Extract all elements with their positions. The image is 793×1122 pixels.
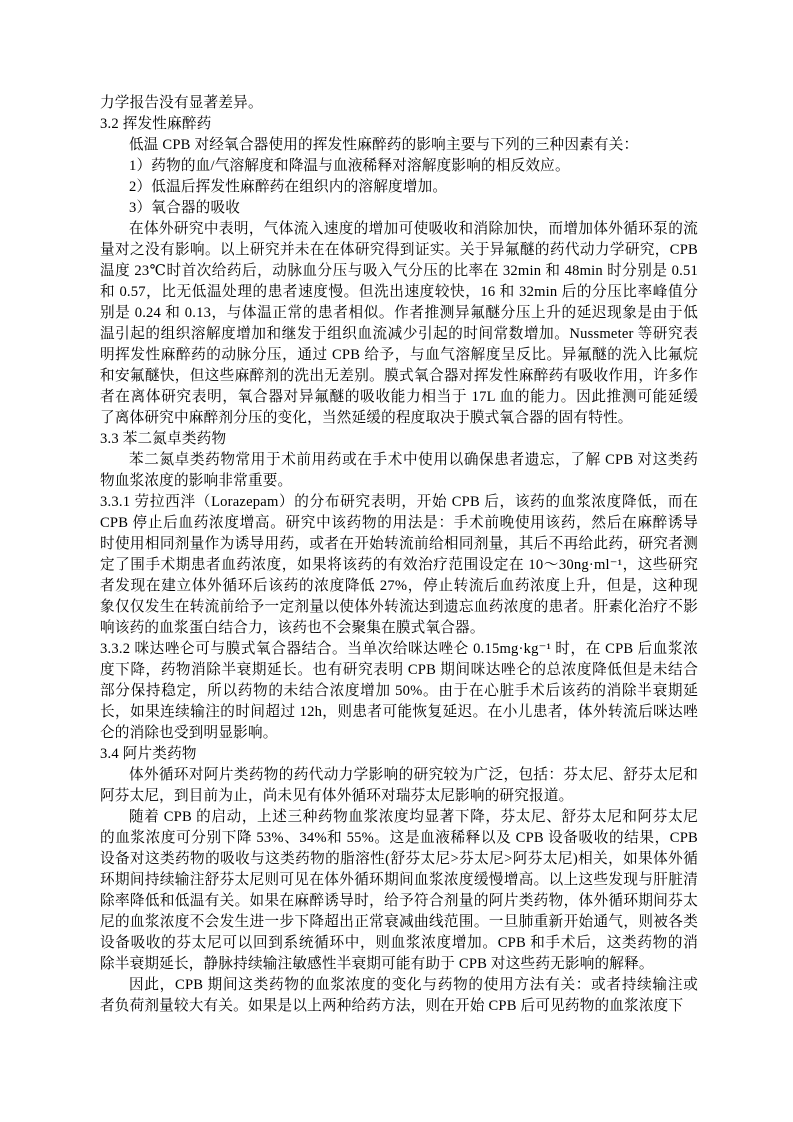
text-line: 力学报告没有显著差异。	[100, 93, 698, 114]
text-line: 低温 CPB 对经氧合器使用的挥发性麻醉药的影响主要与下列的三种因素有关：	[100, 135, 698, 156]
text-line: 尼的血浆浓度不会发生进一步下降超出正常衰减曲线范围。一旦肺重新开始通气，则被各类	[100, 912, 698, 933]
text-line: 和 0.57，比无低温处理的患者速度慢。但洗出速度较快，16 和 32min 后…	[100, 282, 698, 303]
text-line: 象仅仅发生在转流前给予一定剂量以使体外转流达到遗忘血药浓度的患者。肝素化治疗不影	[100, 597, 698, 618]
text-line: 因此，CPB 期间这类药物的血浆浓度的变化与药物的使用方法有关：或者持续输注或	[100, 975, 698, 996]
text-line: 物血浆浓度的影响非常重要。	[100, 471, 698, 492]
text-line: 环期间持续输注舒芬太尼则可见在体外循环期间血浆浓度缓慢增高。以上这些发现与肝脏清	[100, 870, 698, 891]
text-line: 者在离体研究表明，氧合器对异氟醚的吸收能力相当于 17L 血的能力。因此推测可能…	[100, 387, 698, 408]
text-line: 时使用相同剂量作为诱导用药，或者在开始转流前给相同剂量，其后不再给此药，研究者测	[100, 534, 698, 555]
text-line: 1）药物的血/气溶解度和降温与血液稀释对溶解度影响的相反效应。	[100, 156, 698, 177]
text-line: 2）低温后挥发性麻醉药在组织内的溶解度增加。	[100, 177, 698, 198]
text-line: 随着 CPB 的启动，上述三种药物血浆浓度均显著下降，芬太尼、舒芬太尼和阿芬太尼	[100, 807, 698, 828]
text-line: 仑的消除也受到明显影响。	[100, 723, 698, 744]
section-heading: 3.2 挥发性麻醉药	[100, 114, 698, 135]
document-text-block: 力学报告没有显著差异。3.2 挥发性麻醉药低温 CPB 对经氧合器使用的挥发性麻…	[100, 93, 698, 1017]
text-line: 别是 0.24 和 0.13，与体温正常的患者相似。作者推测异氟醚分压上升的延迟…	[100, 303, 698, 324]
text-line: 部分保持稳定，所以药物的未结合浓度增加 50%。由于在心脏手术后该药的消除半衰期…	[100, 681, 698, 702]
text-line: 长，如果连续输注的时间超过 12h，则患者可能恢复延迟。在小儿患者，体外转流后咪…	[100, 702, 698, 723]
section-heading: 3.3 苯二氮卓类药物	[100, 429, 698, 450]
text-line: 明挥发性麻醉药的动脉分压，通过 CPB 给予，与血气溶解度呈反比。异氟醚的洗入比…	[100, 345, 698, 366]
text-line: 3.3.2 咪达唑仑可与膜式氧合器结合。当单次给咪达唑仑 0.15mg·kg⁻¹…	[100, 639, 698, 660]
text-line: 在体外研究中表明，气体流入速度的增加可使吸收和消除加快，而增加体外循环泵的流	[100, 219, 698, 240]
text-line: 响该药的血浆蛋白结合力，该药也不会聚集在膜式氧合器。	[100, 618, 698, 639]
text-line: 的血浆浓度可分别下降 53%、34%和 55%。这是血液稀释以及 CPB 设备吸…	[100, 828, 698, 849]
text-line: CPB 停止后血药浓度增高。研究中该药物的用法是：手术前晚使用该药，然后在麻醉诱…	[100, 513, 698, 534]
text-line: 苯二氮卓类药物常用于术前用药或在手术中使用以确保患者遗忘，了解 CPB 对这类药	[100, 450, 698, 471]
text-line: 温引起的组织溶解度增加和继发于组织血流减少引起的时间常数增加。Nussmeter…	[100, 324, 698, 345]
text-line: 度下降，药物消除半衰期延长。也有研究表明 CPB 期间咪达唑仑的总浓度降低但是未…	[100, 660, 698, 681]
text-line: 体外循环对阿片类药物的药代动力学影响的研究较为广泛，包括：芬太尼、舒芬太尼和	[100, 765, 698, 786]
text-line: 除半衰期延长，静脉持续输注敏感性半衰期可能有助于 CPB 对这些药无影响的解释。	[100, 954, 698, 975]
text-line: 者发现在建立体外循环后该药的浓度降低 27%，停止转流后血药浓度上升，但是，这种…	[100, 576, 698, 597]
text-line: 3）氧合器的吸收	[100, 198, 698, 219]
text-line: 了离体研究中麻醉剂分压的变化，当然延缓的程度取决于膜式氧合器的固有特性。	[100, 408, 698, 429]
text-line: 除率降低和低温有关。如果在麻醉诱导时，给予符合剂量的阿片类药物，体外循环期间芬太	[100, 891, 698, 912]
text-line: 定了围手术期患者血药浓度，如果将该药的有效治疗范围设定在 10～30ng·ml⁻…	[100, 555, 698, 576]
text-line: 量对之没有影响。以上研究并未在在体研究得到证实。关于异氟醚的药代动力学研究，CP…	[100, 240, 698, 261]
text-line: 3.3.1 劳拉西泮（Lorazepam）的分布研究表明，开始 CPB 后，该药…	[100, 492, 698, 513]
text-line: 设备对这类药物的吸收与这类药物的脂溶性(舒芬太尼>芬太尼>阿芬太尼)相关，如果体…	[100, 849, 698, 870]
document-page: 力学报告没有显著差异。3.2 挥发性麻醉药低温 CPB 对经氧合器使用的挥发性麻…	[0, 0, 793, 1122]
text-line: 阿芬太尼，到目前为止，尚未见有体外循环对瑞芬太尼影响的研究报道。	[100, 786, 698, 807]
text-line: 设备吸收的芬太尼可以回到系统循环中，则血浆浓度增加。CPB 和手术后，这类药物的…	[100, 933, 698, 954]
text-line: 和安氟醚快，但这些麻醉剂的洗出无差别。膜式氧合器对挥发性麻醉药有吸收作用，许多作	[100, 366, 698, 387]
section-heading: 3.4 阿片类药物	[100, 744, 698, 765]
text-line: 者负荷剂量较大有关。如果是以上两种给药方法，则在开始 CPB 后可见药物的血浆浓…	[100, 996, 698, 1017]
text-line: 温度 23℃时首次给药后，动脉血分压与吸入气分压的比率在 32min 和 48m…	[100, 261, 698, 282]
